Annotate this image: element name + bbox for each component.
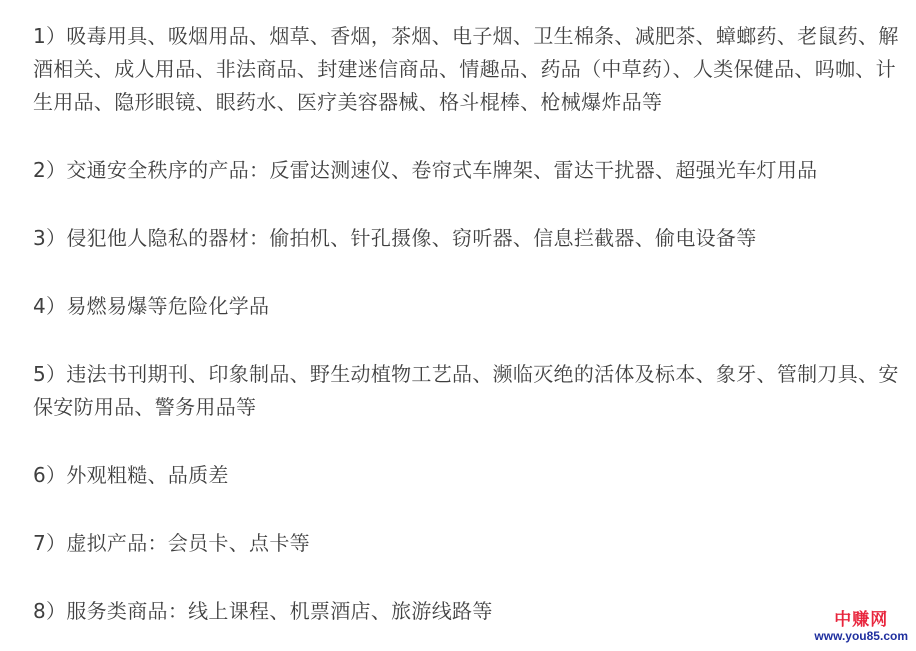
list-item-4: 4）易燃易爆等危险化学品 <box>33 290 903 323</box>
spacer <box>33 424 903 459</box>
spacer <box>33 492 903 527</box>
list-item-2: 2）交通安全秩序的产品：反雷达测速仪、卷帘式车牌架、雷达干扰器、超强光车灯用品 <box>33 154 903 187</box>
spacer <box>33 119 903 154</box>
watermark-logo: 中赚网 www.you85.com <box>814 611 908 643</box>
watermark-name: 中赚网 <box>814 611 908 630</box>
list-item-5: 5）违法书刊期刊、印象制品、野生动植物工艺品、濒临灭绝的活体及标本、象牙、管制刀… <box>33 358 903 424</box>
list-item-1: 1）吸毒用具、吸烟用品、烟草、香烟，茶烟、电子烟、卫生棉条、减肥茶、蟑螂药、老鼠… <box>33 20 903 119</box>
list-item-3: 3）侵犯他人隐私的器材：偷拍机、针孔摄像、窃听器、信息拦截器、偷电设备等 <box>33 222 903 255</box>
list-item-6: 6）外观粗糙、品质差 <box>33 459 903 492</box>
spacer <box>33 255 903 290</box>
list-item-7: 7）虚拟产品：会员卡、点卡等 <box>33 527 903 560</box>
spacer <box>33 323 903 358</box>
spacer <box>33 187 903 222</box>
list-item-8: 8）服务类商品：线上课程、机票酒店、旅游线路等 <box>33 595 903 628</box>
watermark-url: www.you85.com <box>814 630 908 643</box>
spacer <box>33 560 903 595</box>
prohibited-items-list: 1）吸毒用具、吸烟用品、烟草、香烟，茶烟、电子烟、卫生棉条、减肥茶、蟑螂药、老鼠… <box>33 20 903 628</box>
